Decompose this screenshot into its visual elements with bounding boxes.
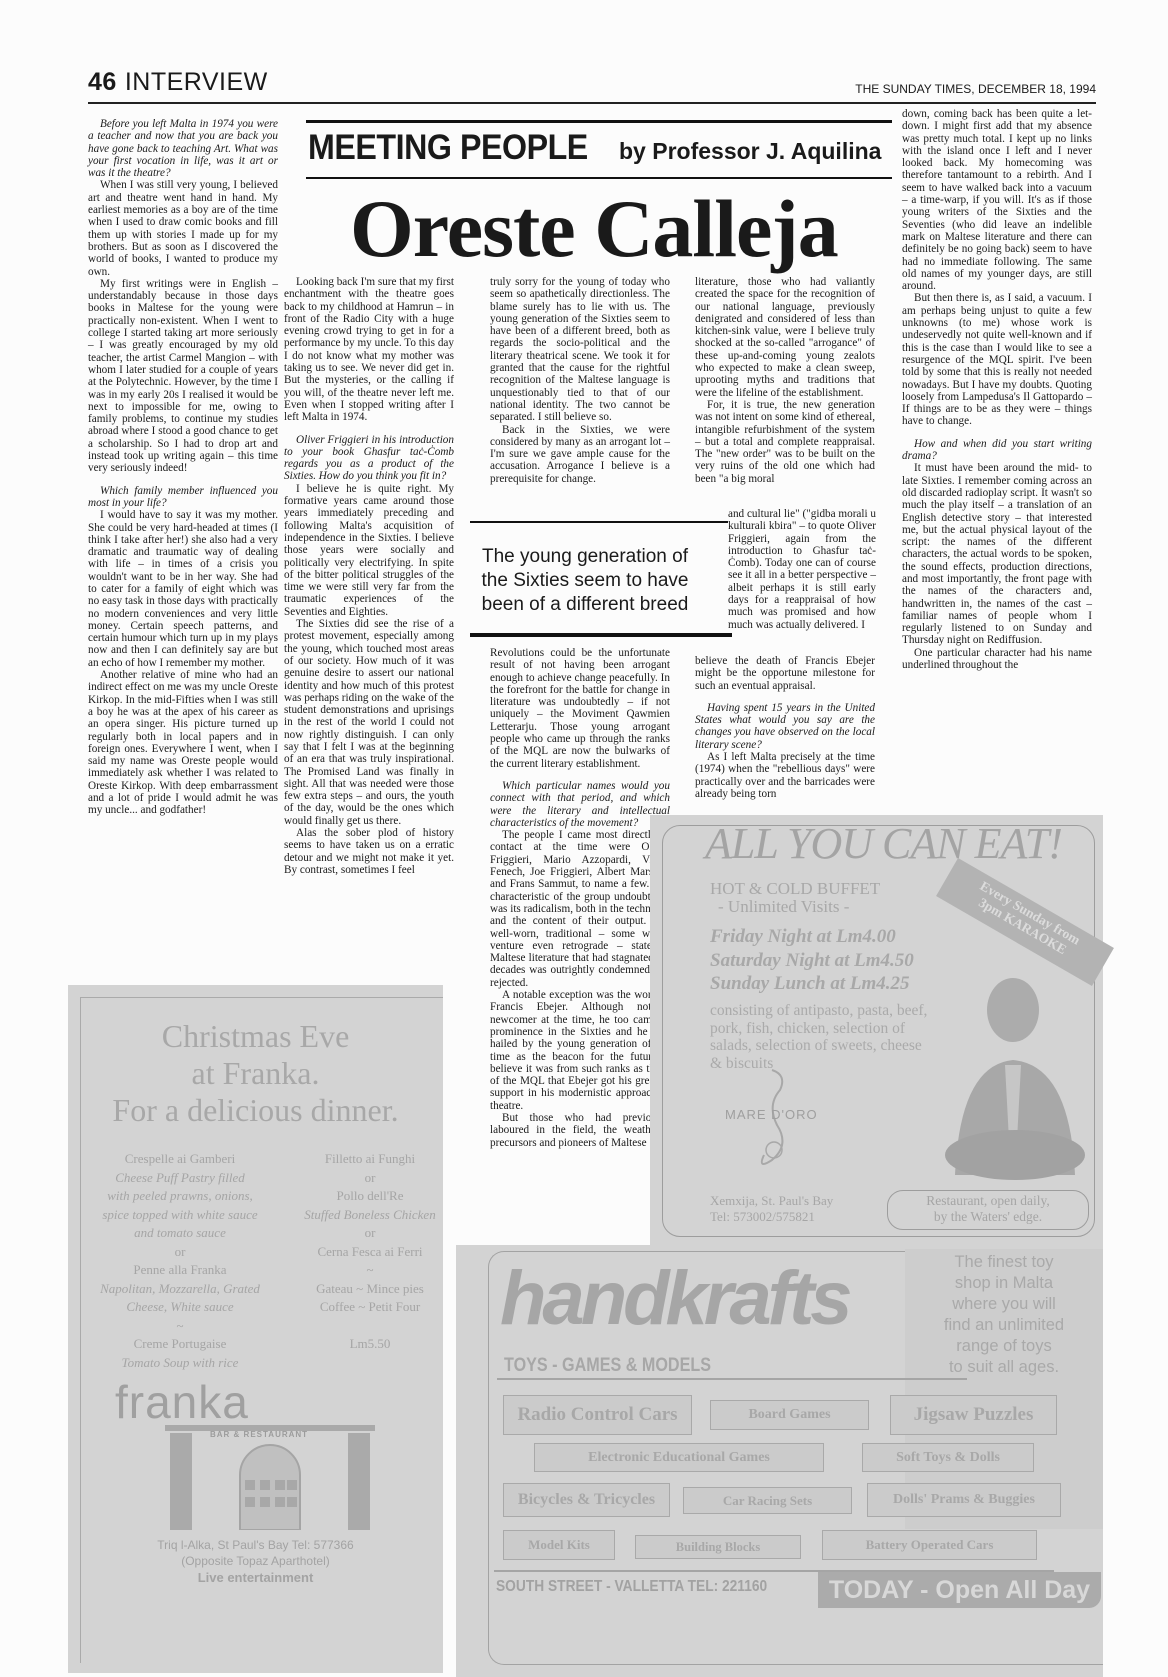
menu-item: Stuffed Boneless Chicken — [300, 1206, 440, 1225]
paragraph: But those who had previously laboured in… — [490, 1112, 670, 1149]
section-header: 46INTERVIEW — [88, 68, 268, 97]
category-bicycles: Bicycles & Tricycles — [503, 1483, 670, 1517]
paragraph: For, it is true, the new generation was … — [695, 399, 875, 485]
menu-item: Cheese Puff Pastry filled — [95, 1169, 265, 1188]
price-sunday: Sunday Lunch at Lm4.25 — [710, 972, 914, 996]
finest-line: The finest toy — [905, 1252, 1103, 1273]
interview-question: Which particular names would you connect… — [490, 780, 670, 829]
paragraph: Alas the sober plod of history seems to … — [284, 827, 454, 876]
menu-item: Gateau ~ Mince pies — [300, 1280, 440, 1299]
franka-landmark: (Opposite Topaz Aparthotel) — [68, 1554, 443, 1568]
franka-menu-right: Filletto ai FunghiorPollo dell'ReStuffed… — [300, 1150, 440, 1354]
publication-dateline: THE SUNDAY TIMES, DECEMBER 18, 1994 — [855, 82, 1096, 96]
menu-item — [300, 1317, 440, 1336]
menu-item: Tomato Soup with rice — [95, 1354, 265, 1373]
franka-menu-left: Crespelle ai GamberiCheese Puff Pastry f… — [95, 1150, 265, 1372]
menu-item: Lm5.50 — [300, 1335, 440, 1354]
paragraph: When I was still very young, I believed … — [88, 179, 278, 277]
price-friday: Friday Night at Lm4.00 — [710, 925, 914, 949]
category-jigsaw-puzzles: Jigsaw Puzzles — [890, 1395, 1057, 1435]
article-column-3-bottom: Revolutions could be the unfortunate res… — [490, 647, 670, 1149]
category-model-kits: Model Kits — [503, 1530, 615, 1560]
finest-line: where you will — [905, 1294, 1103, 1315]
category-soft-toys: Soft Toys & Dolls — [862, 1443, 1034, 1472]
handkrafts-rule — [497, 1378, 967, 1380]
pull-quote: The young generation of the Sixties seem… — [470, 545, 700, 617]
finest-line: to suit all ages. — [905, 1357, 1103, 1378]
paragraph: My first writings were in English – unde… — [88, 278, 278, 475]
menu-item: Filletto ai Funghi — [300, 1150, 440, 1169]
pill-line: by the Waters' edge. — [888, 1209, 1088, 1225]
section-name: INTERVIEW — [125, 68, 268, 96]
paragraph: Back in the Sixties, we were considered … — [490, 424, 670, 485]
category-radio-control-cars: Radio Control Cars — [503, 1395, 692, 1435]
paragraph: I believe he is quite right. My formativ… — [284, 483, 454, 618]
menu-item: and tomato sauce — [95, 1224, 265, 1243]
article-column-5: down, coming back has been quite a let-d… — [902, 108, 1092, 671]
franka-logo-sub: BAR & RESTAURANT — [210, 1430, 308, 1439]
interview-question: Before you left Malta in 1974 you were a… — [88, 118, 278, 179]
category-building-blocks: Building Blocks — [635, 1535, 801, 1559]
title-line: at Franka. — [68, 1055, 443, 1092]
franka-entertainment: Live entertainment — [68, 1570, 443, 1585]
menu-item: with peeled prawns, onions, — [95, 1187, 265, 1206]
paragraph: literature, those who had valiantly crea… — [695, 276, 875, 399]
handkrafts-today-banner: TODAY - Open All Day — [818, 1572, 1101, 1608]
interview-question: How and when did you start writing drama… — [902, 438, 1092, 463]
pullquote-rule-bottom — [470, 633, 732, 637]
header-rule — [88, 102, 1096, 104]
banner-rule-top — [306, 120, 892, 123]
menu-item: Pollo dell'Re — [300, 1187, 440, 1206]
menu-item: Cheese, White sauce — [95, 1298, 265, 1317]
finest-line: shop in Malta — [905, 1273, 1103, 1294]
paragraph: Another relative of mine who had an indi… — [88, 669, 278, 817]
paragraph: believe the death of Francis Ebejer migh… — [695, 655, 875, 692]
category-dolls-prams: Dolls' Prams & Buggies — [867, 1483, 1061, 1517]
mare-address: Xemxija, St. Paul's BayTel: 573002/57582… — [710, 1193, 833, 1225]
paragraph: It must have been around the mid- to lat… — [902, 462, 1092, 646]
mare-logo: MARE D'ORO — [725, 1107, 818, 1122]
category-electronic-games: Electronic Educational Games — [534, 1443, 824, 1472]
interview-question: Having spent 15 years in the United Stat… — [695, 702, 875, 751]
menu-item: Creme Portugaise — [95, 1335, 265, 1354]
pill-line: Restaurant, open daily, — [888, 1193, 1088, 1209]
buffet-label: HOT & COLD BUFFET — [710, 880, 880, 898]
paragraph: One particular character had his name un… — [902, 647, 1092, 672]
paragraph: and cultural lie" ("gidba morali u kultu… — [728, 508, 876, 631]
paragraph: Looking back I'm sure that my first ench… — [284, 276, 454, 424]
mare-description: consisting of antipasto, pasta, beef, po… — [710, 1002, 930, 1072]
paragraph: A notable exception was the work of Fran… — [490, 989, 670, 1112]
article-column-4-bottom: believe the death of Francis Ebejer migh… — [695, 655, 875, 800]
finest-line: range of toys — [905, 1336, 1103, 1357]
handkrafts-tagline: TOYS - GAMES & MODELS — [504, 1355, 711, 1377]
restaurant-building-icon — [165, 1425, 375, 1530]
paragraph: The Sixties did see the rise of a protes… — [284, 618, 454, 827]
menu-item: Coffee ~ Petit Four — [300, 1298, 440, 1317]
mare-prices: Friday Night at Lm4.00 Saturday Night at… — [710, 925, 914, 996]
franka-address: Triq l-Alka, St Paul's Bay Tel: 577366 — [68, 1538, 443, 1552]
paragraph: truly sorry for the young of today who s… — [490, 276, 670, 424]
category-battery-cars: Battery Operated Cars — [822, 1530, 1037, 1560]
paragraph: But then there is, as I said, a vacuum. … — [902, 292, 1092, 427]
chef-illustration-icon — [935, 965, 1085, 1185]
title-line: Christmas Eve — [68, 1018, 443, 1055]
article-column-3-top: truly sorry for the young of today who s… — [490, 276, 670, 485]
franka-headline: Christmas Eve at Franka. For a delicious… — [68, 1018, 443, 1129]
page-number: 46 — [88, 68, 117, 96]
phone-line: Tel: 573002/575821 — [710, 1209, 833, 1225]
address-line: Xemxija, St. Paul's Bay — [710, 1193, 833, 1209]
menu-item: or — [300, 1224, 440, 1243]
price-saturday: Saturday Night at Lm4.50 — [710, 949, 914, 973]
paragraph: As I left Malta precisely at the time (1… — [695, 751, 875, 800]
article-headline: Oreste Calleja — [350, 182, 838, 276]
byline: by Professor J. Aquilina — [619, 138, 881, 165]
menu-item: or — [95, 1243, 265, 1262]
column-kicker: MEETING PEOPLE — [308, 128, 588, 168]
menu-item: ~ — [300, 1261, 440, 1280]
interview-question: Oliver Friggieri in his introduction to … — [284, 434, 454, 483]
handkrafts-address: SOUTH STREET - VALLETTA TEL: 221160 — [496, 1578, 767, 1596]
category-car-racing: Car Racing Sets — [683, 1487, 852, 1514]
article-column-4-top: literature, those who had valiantly crea… — [695, 276, 875, 485]
pullquote-rule-top — [470, 521, 728, 523]
banner-rule-bottom — [306, 177, 892, 179]
article-column-4-narrow: and cultural lie" ("gidba morali u kultu… — [728, 508, 876, 631]
handkrafts-logo: handkrafts — [500, 1255, 849, 1342]
mare-buffet: HOT & COLD BUFFET- Unlimited Visits - — [710, 880, 880, 916]
menu-item: Napolitan, Mozzarella, Grated — [95, 1280, 265, 1299]
mare-headline: ALL YOU CAN EAT! — [705, 818, 1062, 869]
category-board-games: Board Games — [710, 1400, 869, 1430]
paragraph: I would have to say it was my mother. Sh… — [88, 509, 278, 669]
menu-item: ~ — [95, 1317, 265, 1336]
franka-logo: franka — [115, 1375, 249, 1429]
paragraph: down, coming back has been quite a let-d… — [902, 108, 1092, 292]
menu-item: Crespelle ai Gamberi — [95, 1150, 265, 1169]
paragraph: Revolutions could be the unfortunate res… — [490, 647, 670, 770]
visits-label: - Unlimited Visits - — [710, 898, 880, 916]
article-column-2: Looking back I'm sure that my first ench… — [284, 276, 454, 876]
article-column-1: Before you left Malta in 1974 you were a… — [88, 108, 278, 817]
handkrafts-finest: The finest toy shop in Malta where you w… — [905, 1252, 1103, 1378]
menu-item: Penne alla Franka — [95, 1261, 265, 1280]
finest-line: find an unlimited — [905, 1315, 1103, 1336]
menu-item: spice topped with white sauce — [95, 1206, 265, 1225]
paragraph: The people I came most directly in conta… — [490, 829, 670, 989]
menu-item: Cerna Fesca ai Ferri — [300, 1243, 440, 1262]
title-line: For a delicious dinner. — [68, 1092, 443, 1129]
menu-item: or — [300, 1169, 440, 1188]
interview-question: Which family member influenced you most … — [88, 485, 278, 510]
mare-open-pill: Restaurant, open daily,by the Waters' ed… — [887, 1190, 1089, 1230]
